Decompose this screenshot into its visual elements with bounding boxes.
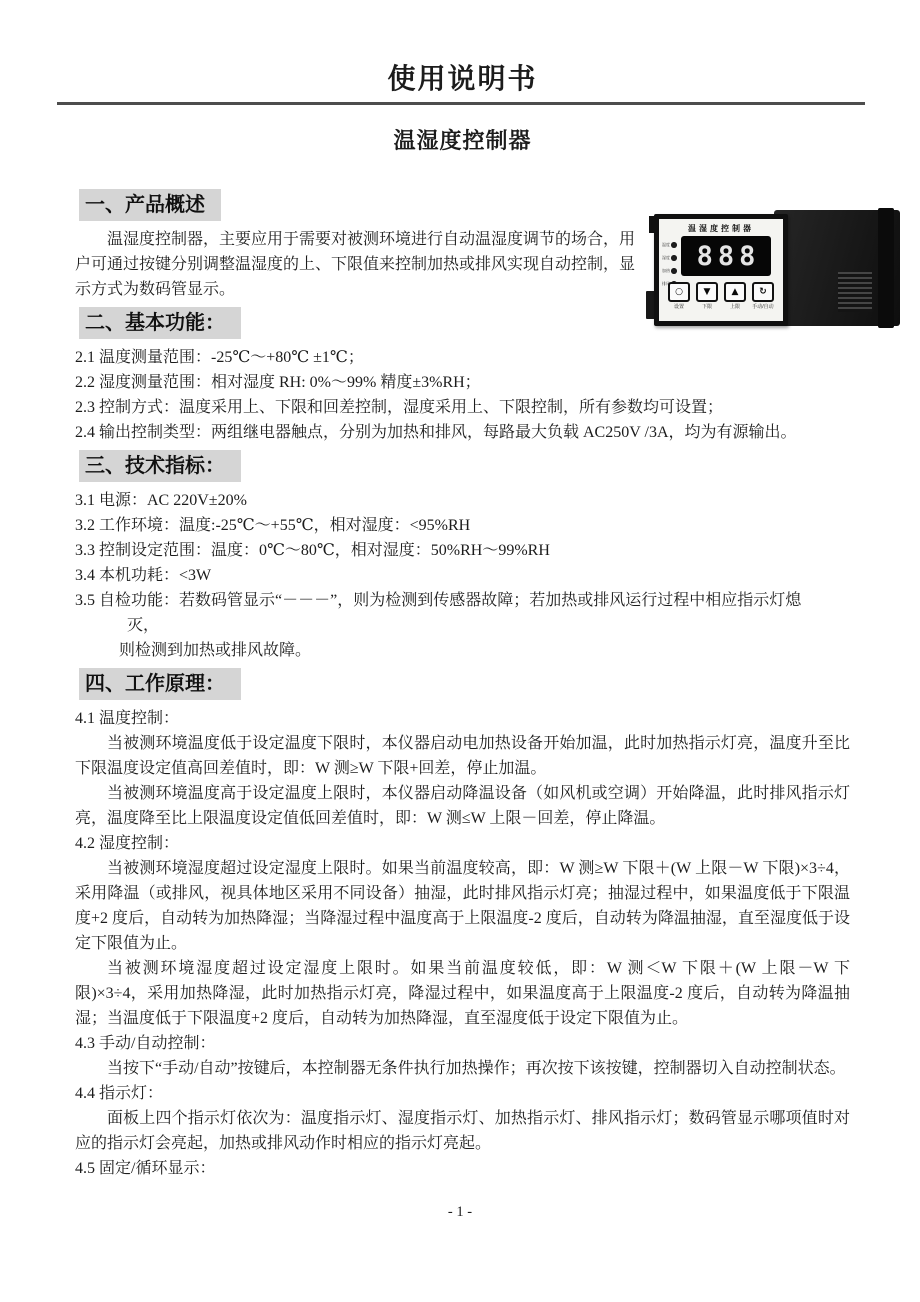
text-line: 当按下“手动/自动”按键后，本控制器无条件执行加热操作；再次按下该按键，控制器切… xyxy=(75,1056,850,1081)
down-arrow-icon: ▼ xyxy=(704,288,711,297)
section-4: 四、工作原理：4.1 温度控制：当被测环境温度低于设定温度下限时，本仪器启动电加… xyxy=(75,663,850,1181)
text-line: 面板上四个指示灯依次为：温度指示灯、湿度指示灯、加热指示灯、排风指示灯；数码管显… xyxy=(75,1106,850,1156)
section-body: 3.1 电源：AC 220V±20%3.2 工作环境：温度:-25℃～+55℃，… xyxy=(75,488,850,663)
cycle-icon: ↻ xyxy=(759,288,767,297)
text-line: 温湿度控制器，主要应用于需要对被测环境进行自动温湿度调节的场合，用户可通过按键分… xyxy=(75,227,635,302)
lower-limit-button: ▼ xyxy=(696,282,718,302)
device-housing xyxy=(774,210,900,326)
text-line: 则检测到加热或排风故障。 xyxy=(75,638,850,663)
text-line: 4.1 温度控制： xyxy=(75,706,850,731)
led-label: 加热 xyxy=(661,268,670,274)
text-line: 4.3 手动/自动控制： xyxy=(75,1031,850,1056)
page-title: 使用说明书 xyxy=(75,62,850,98)
device-seven-segment-display: 888 xyxy=(681,236,771,276)
page-number: - 1 - xyxy=(0,1204,920,1221)
text-line: 3.2 工作环境：温度:-25℃～+55℃，相对湿度：<95%RH xyxy=(75,513,850,538)
device-front-bezel: 温湿度控制器 温度 湿度 加热 排风 xyxy=(654,214,788,326)
device-mount-bracket xyxy=(878,208,894,328)
text-line: 灭， xyxy=(75,613,850,638)
temperature-led-icon xyxy=(671,242,677,248)
section-heading: 一、产品概述 xyxy=(79,189,221,221)
section-heading: 四、工作原理： xyxy=(79,668,241,700)
text-line: 2.4 输出控制类型：两组继电器触点，分别为加热和排风，每路最大负载 AC250… xyxy=(75,420,850,445)
led-row: 湿度 xyxy=(661,251,677,264)
device-button-row: ○ ▼ ▲ ↻ xyxy=(668,282,774,302)
section-body: 温湿度控制器，主要应用于需要对被测环境进行自动温湿度调节的场合，用户可通过按键分… xyxy=(75,227,635,302)
section-3: 三、技术指标：3.1 电源：AC 220V±20%3.2 工作环境：温度:-25… xyxy=(75,445,850,663)
section-body: 2.1 温度测量范围：-25℃～+80℃ ±1℃；2.2 湿度测量范围：相对湿度… xyxy=(75,345,850,445)
button-label: 下限 xyxy=(696,303,718,310)
document-subtitle: 温湿度控制器 xyxy=(75,127,850,155)
device-button-labels: 设置 下限 上限 手动/自动 xyxy=(668,303,774,310)
text-line: 当被测环境温度高于设定温度上限时，本仪器启动降温设备（如风机或空调）开始降温，此… xyxy=(75,781,850,831)
device-vents xyxy=(838,272,872,312)
device-panel: 温湿度控制器 温度 湿度 加热 排风 xyxy=(659,219,783,321)
section-heading: 三、技术指标： xyxy=(79,450,241,482)
set-button: ○ xyxy=(668,282,690,302)
up-arrow-icon: ▲ xyxy=(732,288,739,297)
text-line: 当被测环境湿度超过设定湿度上限时。如果当前温度较低，即：W 测＜W 下限＋(W … xyxy=(75,956,850,1031)
text-line: 3.4 本机功耗：<3W xyxy=(75,563,850,588)
display-digits: 888 xyxy=(697,243,761,270)
text-line: 4.2 湿度控制： xyxy=(75,831,850,856)
manual-page: 使用说明书 温湿度控制器 一、产品概述温湿度控制器，主要应用于需要对被测环境进行… xyxy=(0,0,920,1302)
led-row: 加热 xyxy=(661,264,677,277)
section-body: 4.1 温度控制：当被测环境温度低于设定温度下限时，本仪器启动电加热设备开始加温… xyxy=(75,706,850,1181)
humidity-led-icon xyxy=(671,255,677,261)
text-line: 2.2 湿度测量范围：相对湿度 RH: 0%～99% 精度±3%RH； xyxy=(75,370,850,395)
device-image: 温湿度控制器 温度 湿度 加热 排风 xyxy=(652,207,908,331)
text-line: 3.5 自检功能：若数码管显示“－－－”，则为检测到传感器故障；若加热或排风运行… xyxy=(75,588,850,613)
text-line: 2.1 温度测量范围：-25℃～+80℃ ±1℃； xyxy=(75,345,850,370)
led-label: 湿度 xyxy=(661,255,670,261)
upper-limit-button: ▲ xyxy=(724,282,746,302)
text-line: 当被测环境湿度超过设定湿度上限时。如果当前温度较高，即：W 测≥W 下限＋(W … xyxy=(75,856,850,956)
section-heading: 二、基本功能： xyxy=(79,307,241,339)
text-line: 4.4 指示灯： xyxy=(75,1081,850,1106)
text-line: 3.1 电源：AC 220V±20% xyxy=(75,488,850,513)
led-label: 温度 xyxy=(661,242,670,248)
led-row: 温度 xyxy=(661,238,677,251)
button-label: 上限 xyxy=(724,303,746,310)
button-label: 手动/自动 xyxy=(752,303,774,310)
text-line: 当被测环境温度低于设定温度下限时，本仪器启动电加热设备开始加温，此时加热指示灯亮… xyxy=(75,731,850,781)
text-line: 2.3 控制方式：温度采用上、下限和回差控制，湿度采用上、下限控制，所有参数均可… xyxy=(75,395,850,420)
button-label: 设置 xyxy=(668,303,690,310)
device-panel-title: 温湿度控制器 xyxy=(659,219,783,234)
title-divider xyxy=(57,102,865,105)
set-circle-icon: ○ xyxy=(675,288,683,297)
text-line: 3.3 控制设定范围：温度：0℃～80℃，相对湿度：50%RH～99%RH xyxy=(75,538,850,563)
text-line: 4.5 固定/循环显示： xyxy=(75,1156,850,1181)
heating-led-icon xyxy=(671,268,677,274)
manual-auto-button: ↻ xyxy=(752,282,774,302)
